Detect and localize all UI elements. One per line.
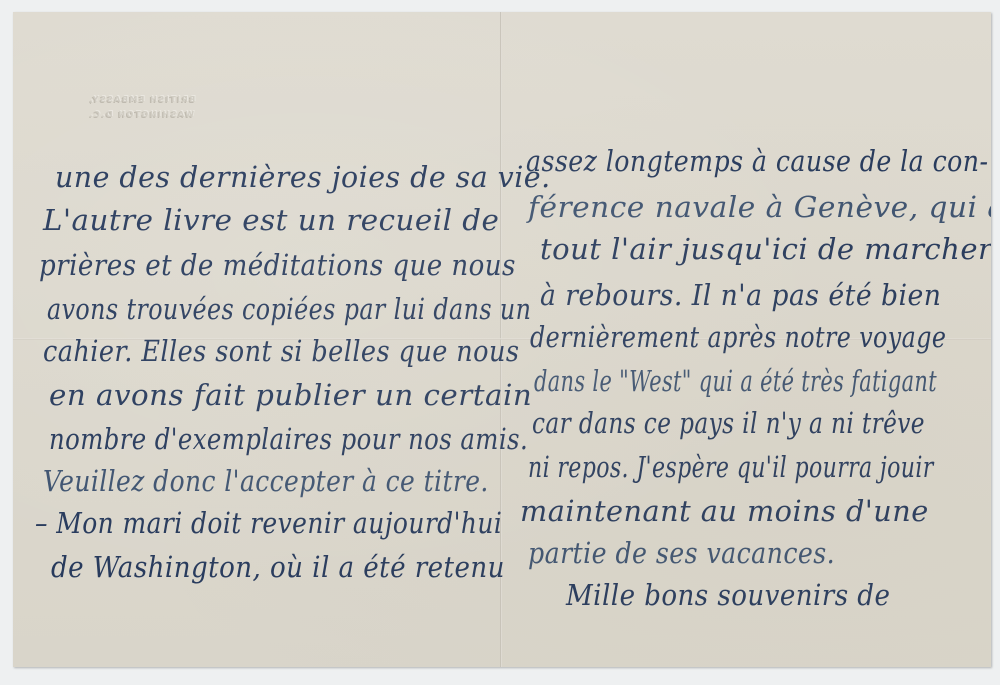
handwritten-line: assez longtemps à cause de la con- (526, 144, 988, 178)
handwritten-line: cahier. Elles sont si belles que nous (43, 334, 519, 368)
handwritten-line: Veuillez donc l'accepter à ce titre. (43, 464, 489, 498)
handwritten-line: tout l'air jusqu'ici de marcher (540, 232, 991, 266)
handwritten-line: nombre d'exemplaires pour nos amis. (49, 422, 528, 456)
letter-sheet: BRITISH EMBASSY, WASHINGTON D.C. une des… (13, 12, 991, 667)
handwritten-line: maintenant au moins d'une (520, 494, 929, 528)
handwritten-line: avons trouvées copiées par lui dans un (47, 292, 531, 326)
handwritten-line: – Mon mari doit revenir aujourd'hui (35, 506, 502, 540)
handwritten-line: partie de ses vacances. (528, 536, 835, 570)
handwritten-line: une des dernières joies de sa vie. (55, 160, 551, 194)
letterhead-line-2: WASHINGTON D.C. (88, 107, 218, 122)
handwritten-line: L'autre livre est un recueil de (43, 203, 499, 237)
handwritten-line: dernièrement après notre voyage (530, 320, 946, 354)
letterhead-line-1: BRITISH EMBASSY, (88, 92, 218, 107)
handwritten-line: en avons fait publier un certain (49, 378, 532, 412)
handwritten-line: férence navale à Genève, qui a (528, 190, 991, 224)
handwritten-line: ni repos. J'espère qu'il pourra jouir (528, 450, 934, 484)
handwritten-line: prières et de méditations que nous (39, 248, 516, 282)
handwritten-line: de Washington, où il a été retenu (51, 550, 505, 584)
handwritten-line: à rebours. Il n'a pas été bien (540, 278, 941, 312)
handwritten-line: car dans ce pays il n'y a ni trêve (532, 406, 925, 440)
handwritten-line: Mille bons souvenirs de (566, 578, 890, 612)
embossed-letterhead: BRITISH EMBASSY, WASHINGTON D.C. (88, 92, 218, 122)
handwritten-line: dans le "West" qui a été très fatigant (534, 364, 937, 398)
